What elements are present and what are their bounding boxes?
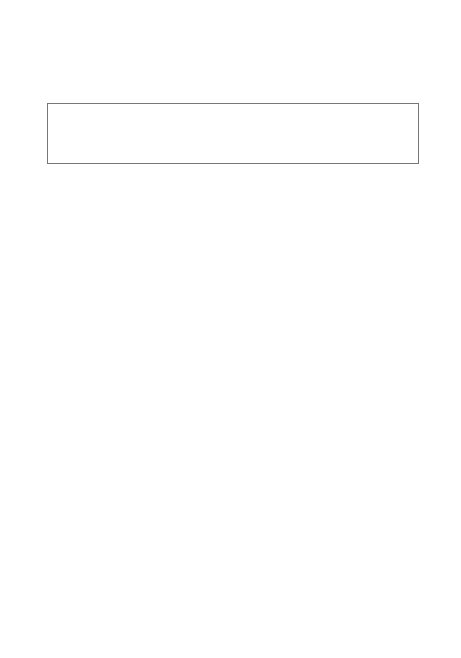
project-overview-box: [47, 103, 419, 164]
